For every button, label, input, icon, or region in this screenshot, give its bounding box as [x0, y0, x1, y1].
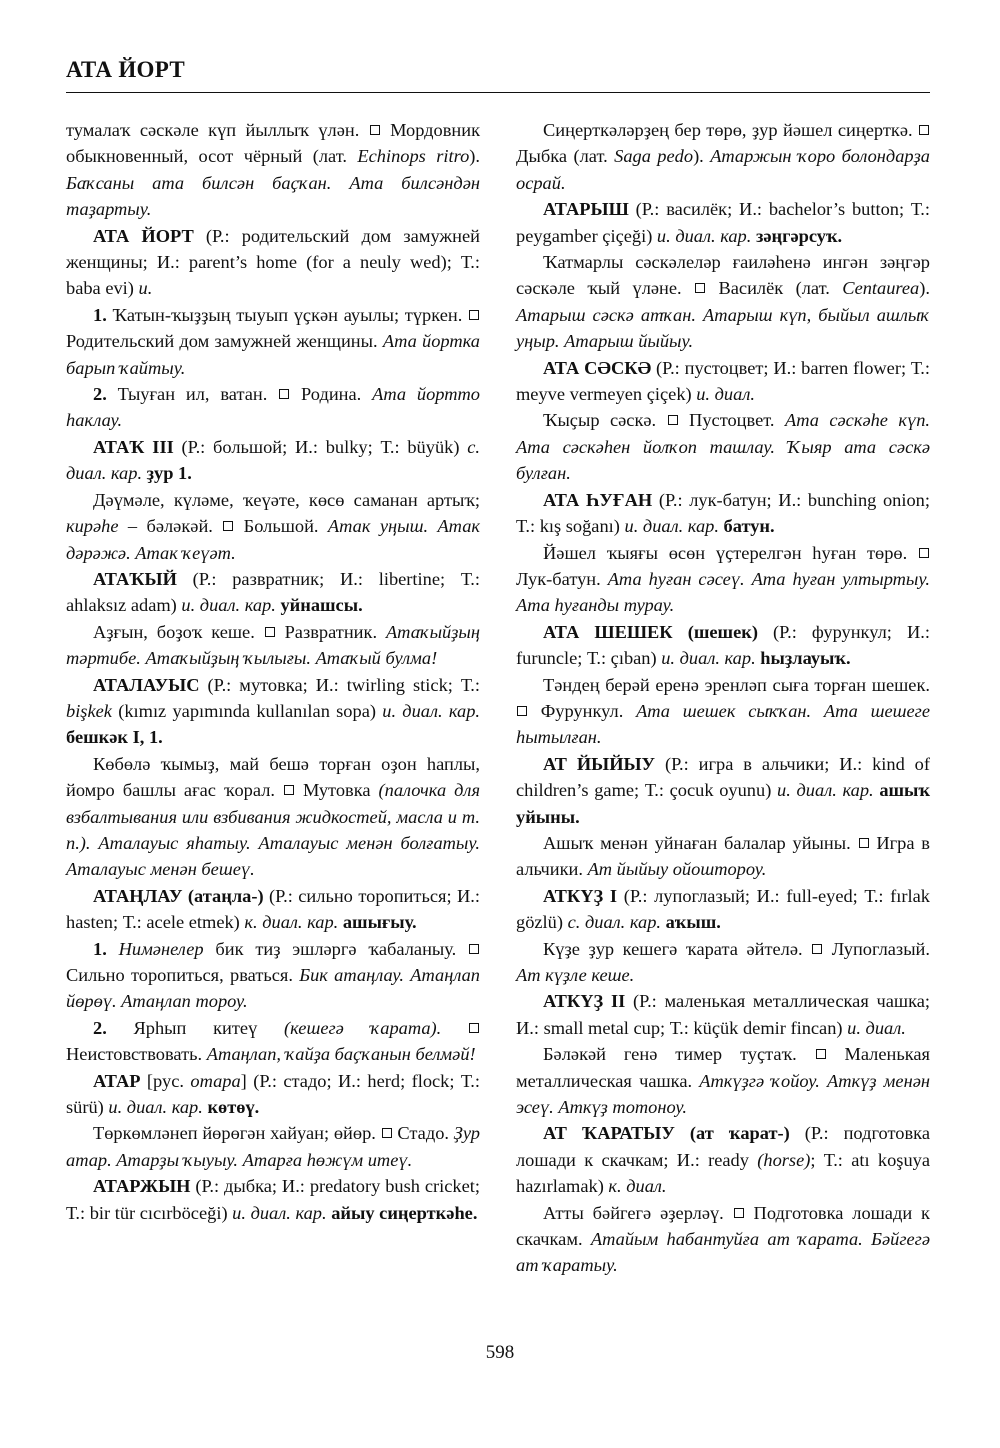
translation-marker-square-icon — [469, 310, 479, 320]
italic-text: и. диал. кар. — [661, 648, 755, 668]
translation-marker-square-icon — [279, 389, 289, 399]
text: Неистовствовать. — [66, 1044, 207, 1064]
italic-text: Атарыш сәскә атҡан. Атарыш күп, быйыл аш… — [516, 305, 930, 351]
text: Бәләкәй генә тимер туҫтаҡ. — [543, 1044, 815, 1064]
bold-text: уйнашсы. — [276, 595, 363, 615]
bold-text: ашығыу. — [338, 912, 416, 932]
italic-text: Нимәнелер — [119, 939, 204, 959]
dictionary-paragraph: 1. Нимәнелер бик тиҙ эшләргә ҡабаланыу. … — [66, 936, 480, 1015]
text: (Р.: мутовка; И.: twirling stick; Т.: — [200, 675, 481, 695]
text: ). — [919, 278, 930, 298]
translation-marker-square-icon — [382, 1128, 392, 1138]
dictionary-paragraph: АТА ҺУҒАН (Р.: лук-батун; И.: bunching o… — [516, 487, 930, 540]
headword: АТА СӘСКӘ — [543, 358, 651, 378]
bold-text: 2. — [93, 1018, 107, 1038]
bold-text: зәңгәрсуҡ. — [751, 226, 842, 246]
text — [107, 939, 119, 959]
italic-text: Баҡсаны ата билсән баҫҡан. Ата билсәндән… — [66, 173, 480, 219]
dictionary-paragraph: АТА ШЕШЕК (шешек) (Р.: фурункул; И.: fur… — [516, 619, 930, 672]
text: Атты бәйгегә әҙерләү. — [543, 1203, 733, 1223]
dictionary-paragraph: 2. Ярһып китеү (кешегә ҡарата). Неистовс… — [66, 1015, 480, 1068]
headword: АТАРЫШ — [543, 199, 629, 219]
text: – бәләкәй. — [119, 516, 223, 536]
dictionary-paragraph: Ашыҡ менән уйнаған балалар уйыны. Игра в… — [516, 830, 930, 883]
headword: АТКҮҘ I — [543, 886, 617, 906]
dictionary-paragraph: АТА ЙОРТ (Р.: родительский дом замужней … — [66, 223, 480, 302]
text: Мутовка — [295, 780, 379, 800]
italic-text: и. диал. кар. — [108, 1097, 202, 1117]
bold-text: көтөү. — [203, 1097, 259, 1117]
italic-text: Ат күҙле кеше. — [516, 965, 634, 985]
dictionary-paragraph: Ҡатмарлы сәскәлеләр ғаиләһенә ингән зәңг… — [516, 249, 930, 355]
translation-marker-square-icon — [859, 838, 869, 848]
translation-marker-square-icon — [265, 627, 275, 637]
text: (Р.: большой; И.: bulky; Т.: büyük) — [174, 437, 467, 457]
italic-text: отара — [190, 1071, 240, 1091]
text: тумалаҡ сәскәле күп йыллыҡ үлән. — [66, 120, 369, 140]
translation-marker-square-icon — [812, 944, 822, 954]
headword: АТАҢЛАУ (атаңла-) — [93, 886, 264, 906]
dictionary-paragraph: Атты бәйгегә әҙерләү. Подготовка лошади … — [516, 1200, 930, 1279]
translation-marker-square-icon — [469, 944, 479, 954]
bold-text: ҙур 1. — [142, 463, 192, 483]
italic-text: Echinops ritro — [357, 146, 469, 166]
dictionary-paragraph: Сиңерткәләрҙең бер төрө, ҙур йәшел сиңер… — [516, 117, 930, 196]
text: бик тиҙ эшләргә ҡабаланыу. — [204, 939, 468, 959]
text: Василёк (лат. — [706, 278, 842, 298]
translation-marker-square-icon — [284, 785, 294, 795]
headword: АТА ШЕШЕК (шешек) — [543, 622, 758, 642]
dictionary-paragraph: АТ ҠАРАТЫУ (ат ҡарат-) (Р.: подготовка л… — [516, 1120, 930, 1199]
italic-text: и. диал. кар. — [657, 226, 751, 246]
text: Пустоцвет. — [679, 410, 785, 430]
translation-marker-square-icon — [370, 125, 380, 135]
dictionary-paragraph: АТАРЖЫН (Р.: дыбка; И.: predatory bush c… — [66, 1173, 480, 1226]
bold-text: бешкәк I, 1. — [66, 727, 163, 747]
italic-text: кирәһе — [66, 516, 119, 536]
headword: АТА ЙОРТ — [93, 226, 194, 246]
text: Күҙе ҙур кешегә ҡарата әйтелә. — [543, 939, 811, 959]
text: Тәндең берәй еренә эренләп сыға торған ш… — [543, 675, 930, 695]
bold-text: 1. — [93, 939, 107, 959]
text: Ҡыҫыр сәскә. — [543, 410, 667, 430]
headword: АТАҠ III — [93, 437, 174, 457]
text: Аҙғын, боҙоҡ кеше. — [93, 622, 264, 642]
italic-text: и. диал. кар. — [625, 516, 719, 536]
italic-text: Centaurea — [842, 278, 919, 298]
left-column: тумалаҡ сәскәле күп йыллыҡ үлән. Мордовн… — [66, 117, 480, 1226]
dictionary-paragraph: Аҙғын, боҙоҡ кеше. Развратник. Атаҡыйҙың… — [66, 619, 480, 672]
dictionary-paragraph: Төркөмләнеп йөрөгән хайуан; өйөр. Стадо.… — [66, 1120, 480, 1173]
italic-text: и. диал. кар. — [181, 595, 275, 615]
dictionary-paragraph: 2. Тыуған ил, ватан. Родина. Ата йортто … — [66, 381, 480, 434]
headword: АТАРЖЫН — [93, 1176, 190, 1196]
italic-text: Атаңлап, ҡайҙа баҫҡанын белмәй! — [207, 1044, 476, 1064]
dictionary-paragraph: АТКҮҘ I (Р.: лупоглазый; И.: full-eyed; … — [516, 883, 930, 936]
text: ). — [693, 146, 710, 166]
translation-marker-square-icon — [517, 706, 527, 716]
dictionary-paragraph: АТАРЫШ (Р.: василёк; И.: bachelor’s butt… — [516, 196, 930, 249]
dictionary-paragraph: Бәләкәй генә тимер туҫтаҡ. Маленькая мет… — [516, 1041, 930, 1120]
bold-text: айыу сиңерткәһе. — [327, 1203, 478, 1223]
headword: АТ ҠАРАТЫУ (ат ҡарат-) — [543, 1123, 790, 1143]
italic-text: и. диал. кар. — [232, 1203, 326, 1223]
dictionary-paragraph: АТАР [рус. отара] (Р.: стадо; И.: herd; … — [66, 1068, 480, 1121]
translation-marker-square-icon — [734, 1208, 744, 1218]
text: Развратник. — [276, 622, 386, 642]
italic-text: с. диал. кар. — [568, 912, 661, 932]
headword: АТАЛАУЫС — [93, 675, 200, 695]
translation-marker-square-icon — [223, 521, 233, 531]
translation-marker-square-icon — [668, 415, 678, 425]
continued-paragraph: тумалаҡ сәскәле күп йыллыҡ үлән. Мордовн… — [66, 117, 480, 223]
italic-text: Ат йыйыу ойоштороу. — [588, 859, 767, 879]
text: Йәшел ҡыяғы өсөн үҫтерелгән һуған төрө. — [543, 543, 918, 563]
running-header: АТА ЙОРТ — [66, 56, 930, 84]
italic-text: и. диал. — [696, 384, 755, 404]
translation-marker-square-icon — [919, 548, 929, 558]
text: Ярһып китеү — [107, 1018, 284, 1038]
headword: АТ ЙЫЙЫУ — [543, 754, 655, 774]
bold-text: 2. — [93, 384, 107, 404]
dictionary-paragraph: АТАҢЛАУ (атаңла-) (Р.: сильно торопиться… — [66, 883, 480, 936]
text: Дәүмәле, күләме, ҡеүәте, көсө саманан ар… — [93, 490, 480, 510]
dictionary-paragraph: Ҡыҫыр сәскә. Пустоцвет. Ата сәскәһе күп.… — [516, 407, 930, 486]
headword: АТКҮҘ II — [543, 991, 625, 1011]
text: Фурункул. — [528, 701, 636, 721]
text: Ҡатын-ҡыҙҙың тыуып үҫкән ауылы; түркен. — [107, 305, 468, 325]
text — [441, 1018, 468, 1038]
italic-text: и. диал. — [847, 1018, 906, 1038]
text: Родина. — [290, 384, 372, 404]
dictionary-paragraph: АТАҠ III (Р.: большой; И.: bulky; Т.: bü… — [66, 434, 480, 487]
text: (kımız yapımında kullanılan sopa) — [112, 701, 382, 721]
translation-marker-square-icon — [695, 283, 705, 293]
text: Лук-батун. — [516, 569, 608, 589]
bold-text: 1. — [93, 305, 107, 325]
dictionary-paragraph: АТКҮҘ II (Р.: маленькая металлическая ча… — [516, 988, 930, 1041]
italic-text: (horse) — [757, 1150, 810, 1170]
dictionary-paragraph: 1. Ҡатын-ҡыҙҙың тыуып үҫкән ауылы; түрке… — [66, 302, 480, 381]
dictionary-paragraph: Көбөлә ҡымыҙ, май бешә торған оҙон һаплы… — [66, 751, 480, 883]
dictionary-paragraph: Йәшел ҡыяғы өсөн үҫтерелгән һуған төрө. … — [516, 540, 930, 619]
text: Сильно торопиться, рваться. — [66, 965, 299, 985]
italic-text: (кешегә ҡарата). — [284, 1018, 441, 1038]
text: ). — [469, 146, 480, 166]
text: Төркөмләнеп йөрөгән хайуан; өйөр. — [93, 1123, 381, 1143]
text: Родительский дом замужней женщины. — [66, 331, 383, 351]
running-header-title: АТА ЙОРТ — [66, 56, 930, 84]
bold-text: аҡыш. — [661, 912, 721, 932]
italic-text: и. — [139, 278, 153, 298]
right-column: Сиңерткәләрҙең бер төрө, ҙур йәшел сиңер… — [516, 117, 930, 1279]
translation-marker-square-icon — [469, 1023, 479, 1033]
translation-marker-square-icon — [919, 125, 929, 135]
text: [рус. — [141, 1071, 191, 1091]
text: Лупоглазый. — [823, 939, 930, 959]
italic-text: к. диал. — [608, 1176, 666, 1196]
text: Стадо. — [393, 1123, 454, 1143]
dictionary-paragraph: АТ ЙЫЙЫУ (Р.: игра в альчики; И.: kind o… — [516, 751, 930, 830]
dictionary-paragraph: Дәүмәле, күләме, ҡеүәте, көсө саманан ар… — [66, 487, 480, 566]
text: Большой. — [234, 516, 328, 536]
dictionary-paragraph: АТА СӘСКӘ (Р.: пустоцвет; И.: barren flo… — [516, 355, 930, 408]
dictionary-paragraph: АТАЛАУЫС (Р.: мутовка; И.: twirling stic… — [66, 672, 480, 751]
headword: АТАҠЫЙ — [93, 569, 177, 589]
italic-text: bişkek — [66, 701, 112, 721]
italic-text: к. диал. кар. — [244, 912, 338, 932]
text: Ашыҡ менән уйнаған балалар уйыны. — [543, 833, 858, 853]
text: Дыбка (лат. — [516, 146, 614, 166]
bold-text: һыҙлауыҡ. — [756, 648, 851, 668]
dictionary-paragraph: Тәндең берәй еренә эренләп сыға торған ш… — [516, 672, 930, 751]
text: Тыуған ил, ватан. — [107, 384, 278, 404]
header-rule — [66, 92, 930, 93]
page-number: 598 — [0, 1342, 1000, 1364]
dictionary-paragraph: АТАҠЫЙ (Р.: развратник; И.: libertine; Т… — [66, 566, 480, 619]
headword: АТА ҺУҒАН — [543, 490, 652, 510]
dictionary-paragraph: Күҙе ҙур кешегә ҡарата әйтелә. Лупоглазы… — [516, 936, 930, 989]
translation-marker-square-icon — [816, 1049, 826, 1059]
headword: АТАР — [93, 1071, 141, 1091]
bold-text: батун. — [719, 516, 775, 536]
text: Сиңерткәләрҙең бер төрө, ҙур йәшел сиңер… — [543, 120, 918, 140]
italic-text: и. диал. кар. — [382, 701, 480, 721]
italic-text: и. диал. кар. — [777, 780, 874, 800]
italic-text: Saga pedo — [614, 146, 693, 166]
